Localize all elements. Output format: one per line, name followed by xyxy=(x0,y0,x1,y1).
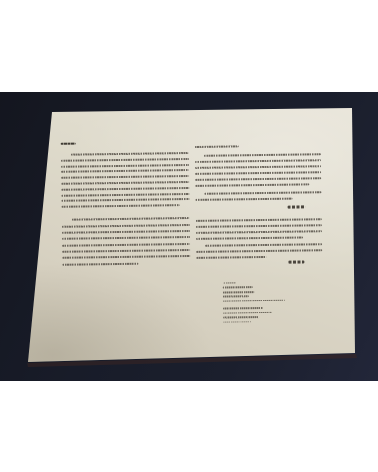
left-column-paragraph-2-line xyxy=(62,236,190,240)
left-column-paragraph-2-line xyxy=(62,262,138,265)
left-column-paragraph-1-line xyxy=(61,175,189,179)
colophon-line xyxy=(223,286,253,288)
left-column-paragraph-1-line xyxy=(71,152,189,156)
right-column-paragraph-1-line xyxy=(204,191,321,195)
left-column-paragraph-2-line xyxy=(62,255,190,259)
right-column-paragraph-2-line xyxy=(196,218,322,222)
right-column-paragraph-2-line xyxy=(196,224,322,228)
signature-1-line xyxy=(288,205,306,208)
right-column-paragraph-1-line xyxy=(195,183,309,187)
right-column-paragraph-1-line xyxy=(195,171,321,175)
left-column-paragraph-1-line xyxy=(61,169,189,173)
colophon-line xyxy=(223,299,285,302)
right-column-paragraph-2-line xyxy=(196,230,322,234)
left-column-paragraph-1-line xyxy=(61,158,189,162)
right-column-paragraph-1-line xyxy=(204,153,321,157)
colophon-line xyxy=(223,307,263,309)
page-content xyxy=(25,105,359,368)
afterword-heading-line xyxy=(61,142,76,145)
right-column-paragraph-1-line xyxy=(195,145,239,148)
colophon-line xyxy=(223,291,255,293)
left-column-paragraph-1-line xyxy=(61,198,189,202)
colophon-line xyxy=(223,321,251,323)
left-column-paragraph-1-line xyxy=(61,164,189,168)
right-column-paragraph-2-line xyxy=(196,249,322,253)
right-column-paragraph-2-line xyxy=(205,243,322,247)
paper-sheet xyxy=(27,107,357,365)
left-column-paragraph-2-line xyxy=(62,230,190,234)
right-column-paragraph-1-line xyxy=(195,177,321,181)
signature-2-line xyxy=(288,260,304,263)
right-column-paragraph-1-line xyxy=(195,198,292,201)
colophon-page xyxy=(27,107,357,365)
left-column-paragraph-2-line xyxy=(62,243,190,247)
left-column-paragraph-1-line xyxy=(61,181,189,185)
right-column-paragraph-1-line xyxy=(195,165,321,169)
right-column-paragraph-2-line xyxy=(196,236,303,239)
left-column-paragraph-2-line xyxy=(62,249,190,253)
left-column-paragraph-1-line xyxy=(62,204,180,208)
colophon-line xyxy=(224,282,236,284)
photo-frame xyxy=(0,0,378,472)
left-column-paragraph-2-line xyxy=(62,224,190,228)
left-column-paragraph-1-line xyxy=(61,193,189,197)
right-column-paragraph-2-line xyxy=(196,256,266,259)
colophon-line xyxy=(223,312,272,314)
left-column-paragraph-2-line xyxy=(72,217,190,221)
left-column-paragraph-1-line xyxy=(61,187,189,191)
colophon-line xyxy=(223,316,259,318)
colophon-line xyxy=(223,295,249,297)
right-column-paragraph-1-line xyxy=(195,159,321,163)
